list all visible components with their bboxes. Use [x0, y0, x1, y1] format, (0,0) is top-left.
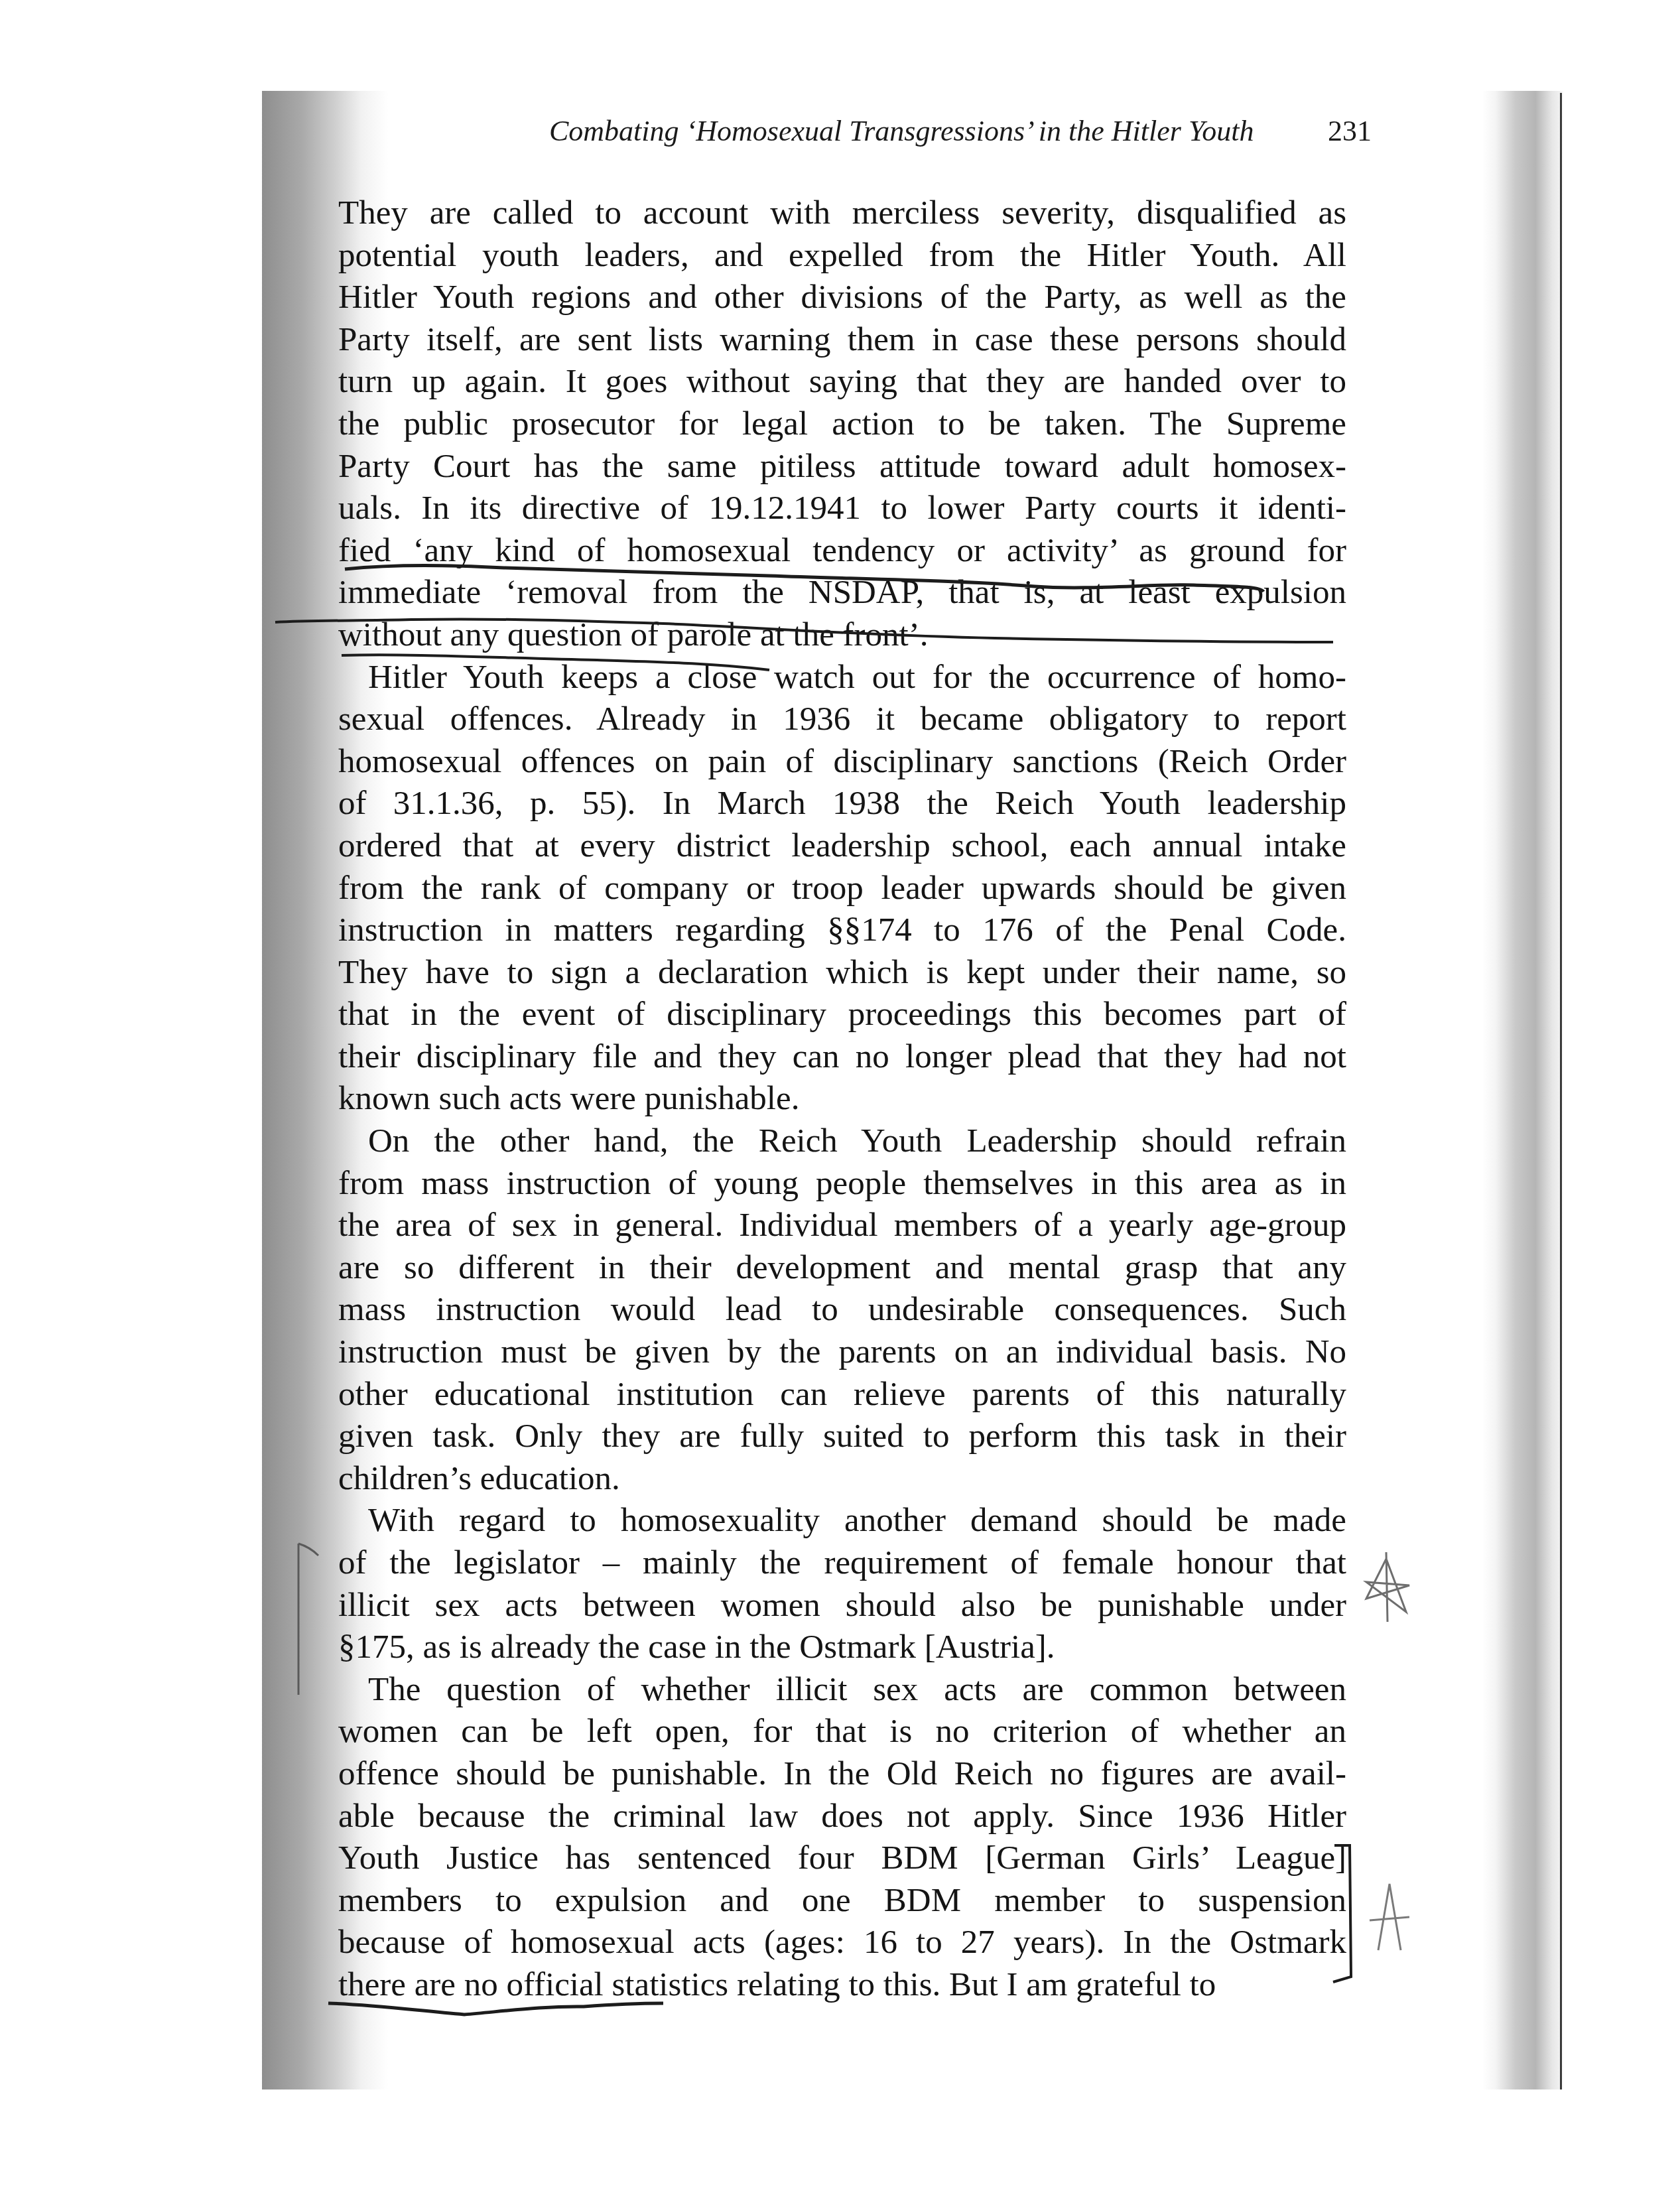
page-number: 231	[1328, 114, 1372, 148]
text-line: They have to sign a declaration which is…	[338, 952, 1346, 994]
text-line: uals. In its directive of 19.12.1941 to …	[338, 488, 1346, 530]
text-line: With regard to homosexuality another dem…	[338, 1500, 1346, 1542]
text-line: Hitler Youth keeps a close watch out for…	[338, 657, 1346, 699]
text-line: that in the event of disciplinary procee…	[338, 994, 1346, 1036]
text-line: without any question of parole at the fr…	[338, 614, 1346, 657]
text-line: The question of whether illicit sex acts…	[338, 1669, 1346, 1711]
paragraph-2: Hitler Youth keeps a close watch out for…	[338, 657, 1346, 1121]
text-line: children’s education.	[338, 1458, 1346, 1500]
text-line: women can be left open, for that is no c…	[338, 1711, 1346, 1753]
text-line: mass instruction would lead to undesirab…	[338, 1289, 1346, 1331]
text-line: sexual offences. Already in 1936 it beca…	[338, 698, 1346, 741]
text-line: of 31.1.36, p. 55). In March 1938 the Re…	[338, 783, 1346, 825]
text-line: instruction must be given by the parents…	[338, 1331, 1346, 1374]
text-line: On the other hand, the Reich Youth Leade…	[338, 1120, 1346, 1163]
text-line: given task. Only they are fully suited t…	[338, 1416, 1346, 1458]
text-line: there are no official statistics relatin…	[338, 1964, 1346, 2007]
text-line: because of homosexual acts (ages: 16 to …	[338, 1922, 1346, 1964]
running-header-title: Combating ‘Homosexual Transgressions’ in…	[549, 114, 1254, 148]
text-line: Youth Justice has sentenced four BDM [Ge…	[338, 1837, 1346, 1880]
paragraph-3: On the other hand, the Reich Youth Leade…	[338, 1120, 1346, 1500]
text-line: illicit sex acts between women should al…	[338, 1585, 1346, 1627]
text-line: §175, as is already the case in the Ostm…	[338, 1626, 1346, 1669]
paragraph-1: They are called to account with merciles…	[338, 192, 1346, 657]
text-line: They are called to account with merciles…	[338, 192, 1346, 235]
text-line: are so different in their development an…	[338, 1247, 1346, 1290]
running-header: Combating ‘Homosexual Transgressions’ in…	[549, 114, 1372, 161]
text-line: known such acts were punishable.	[338, 1078, 1346, 1120]
text-line: immediate ‘removal from the NSDAP, that …	[338, 572, 1346, 614]
text-line: of the legislator – mainly the requireme…	[338, 1542, 1346, 1585]
text-line: offence should be punishable. In the Old…	[338, 1753, 1346, 1796]
text-line: the public prosecutor for legal action t…	[338, 403, 1346, 446]
text-line: instruction in matters regarding §§174 t…	[338, 909, 1346, 952]
text-line: potential youth leaders, and expelled fr…	[338, 235, 1346, 277]
paragraph-5: The question of whether illicit sex acts…	[338, 1669, 1346, 2007]
text-line: Party Court has the same pitiless attitu…	[338, 446, 1346, 488]
page-edge-line	[1560, 93, 1562, 2089]
text-line: members to expulsion and one BDM member …	[338, 1880, 1346, 1922]
text-line: from mass instruction of young people th…	[338, 1163, 1346, 1205]
text-line: able because the criminal law does not a…	[338, 1796, 1346, 1838]
text-line: Hitler Youth regions and other divisions…	[338, 277, 1346, 319]
text-line: fied ‘any kind of homosexual tendency or…	[338, 530, 1346, 572]
text-line: Party itself, are sent lists warning the…	[338, 319, 1346, 362]
text-line: ordered that at every district leadershi…	[338, 825, 1346, 868]
text-line: homosexual offences on pain of disciplin…	[338, 741, 1346, 783]
paragraph-4: With regard to homosexuality another dem…	[338, 1500, 1346, 1668]
text-line: the area of sex in general. Individual m…	[338, 1205, 1346, 1247]
text-line: other educational institution can reliev…	[338, 1374, 1346, 1416]
body-text: They are called to account with merciles…	[338, 192, 1346, 2007]
text-line: turn up again. It goes without saying th…	[338, 361, 1346, 403]
text-line: from the rank of company or troop leader…	[338, 868, 1346, 910]
text-line: their disciplinary file and they can no …	[338, 1036, 1346, 1079]
